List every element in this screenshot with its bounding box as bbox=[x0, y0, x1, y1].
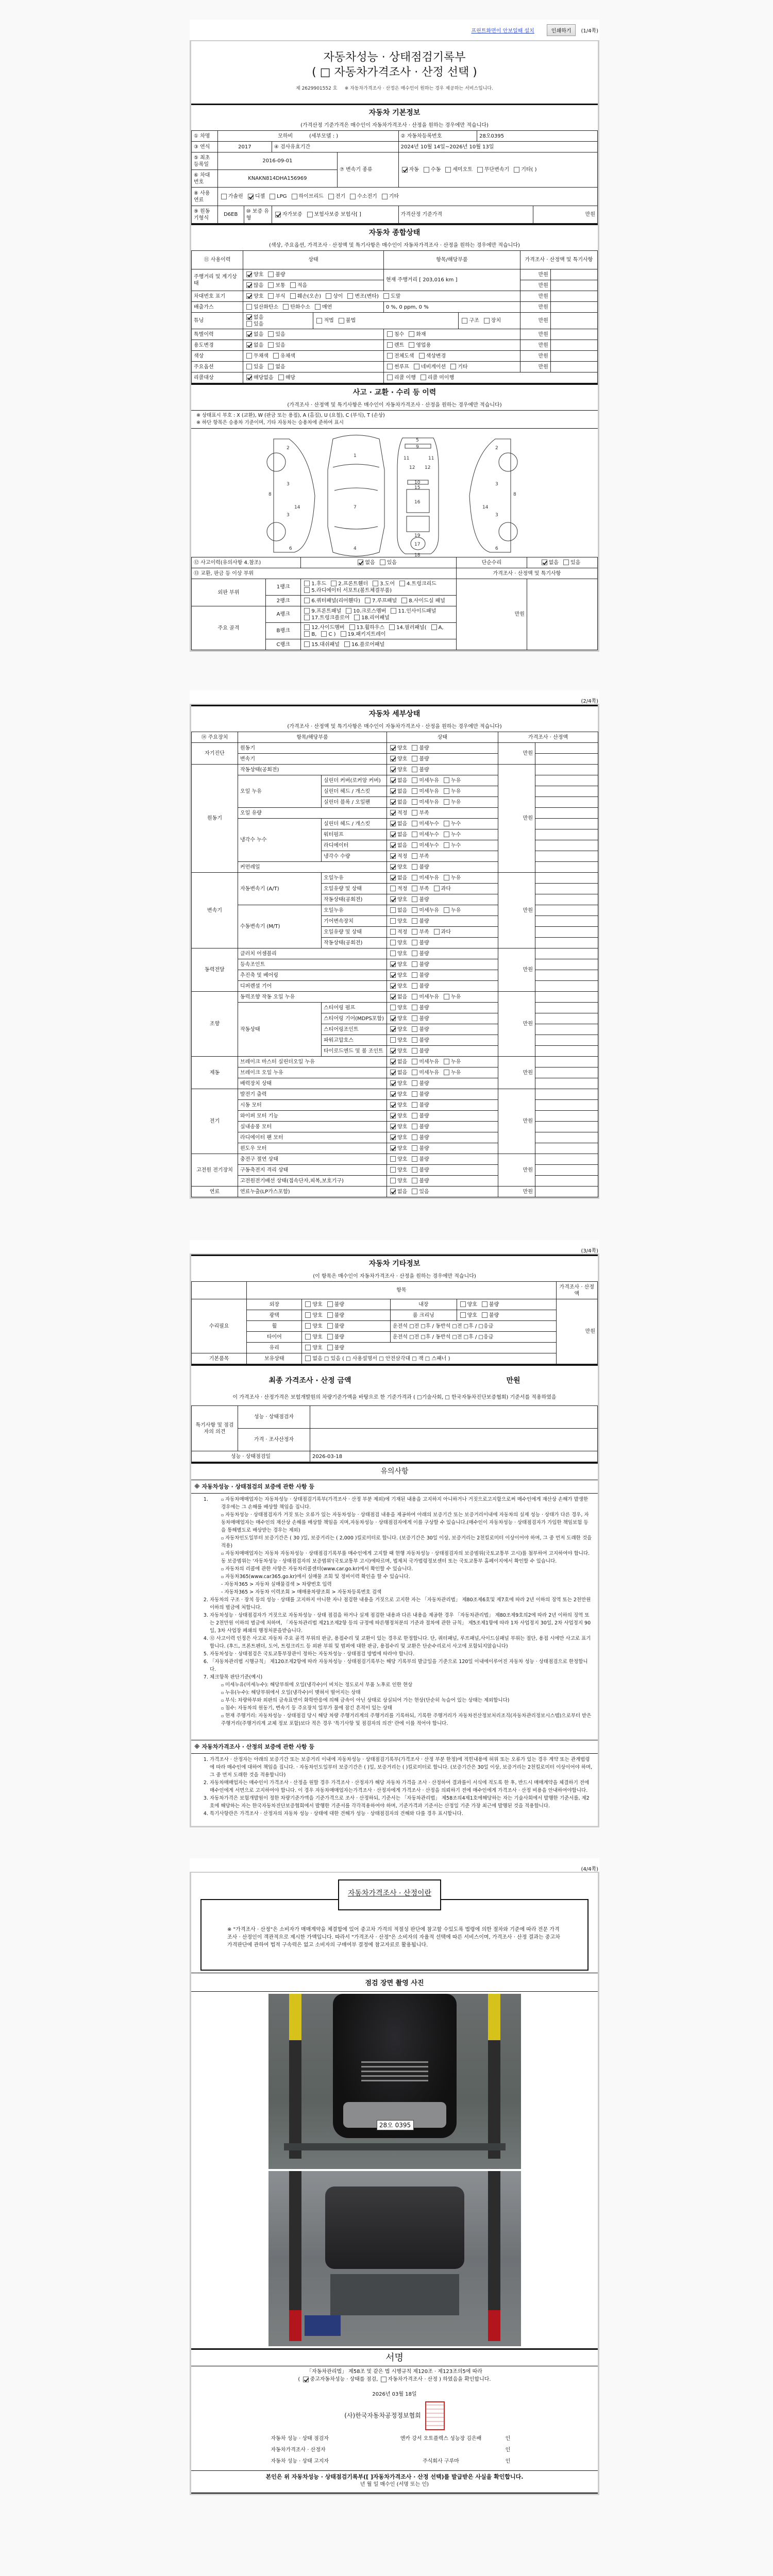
checkbox[interactable] bbox=[305, 1345, 311, 1350]
checkbox[interactable] bbox=[542, 560, 547, 565]
checkbox[interactable] bbox=[387, 364, 393, 369]
checkbox[interactable] bbox=[431, 624, 437, 630]
option-2[interactable]: 미세누유 bbox=[411, 778, 439, 784]
checkbox[interactable] bbox=[327, 1301, 333, 1307]
checkbox[interactable] bbox=[484, 318, 490, 324]
checkbox[interactable] bbox=[304, 631, 310, 637]
checkbox[interactable] bbox=[412, 961, 417, 967]
checkbox[interactable] bbox=[390, 1134, 396, 1140]
checkbox[interactable] bbox=[387, 375, 393, 380]
checkbox[interactable] bbox=[412, 1167, 417, 1173]
checkbox[interactable] bbox=[350, 194, 356, 199]
checkbox[interactable] bbox=[482, 1312, 488, 1318]
checkbox[interactable] bbox=[327, 1334, 333, 1340]
option-2[interactable]: 10.크로스멤버 bbox=[345, 608, 386, 614]
option-2[interactable]: 불량 bbox=[411, 1016, 429, 1022]
option-2[interactable]: 네비게이션 bbox=[413, 364, 446, 370]
checkbox[interactable] bbox=[390, 842, 396, 848]
checkbox[interactable] bbox=[290, 282, 296, 288]
option-3[interactable]: 누유 bbox=[443, 1070, 461, 1076]
checkbox[interactable] bbox=[304, 608, 310, 614]
option-2[interactable]: 16.플로어패널 bbox=[343, 642, 384, 648]
option-1[interactable]: 양호 bbox=[304, 1324, 322, 1329]
checkbox[interactable] bbox=[444, 1070, 449, 1075]
checkbox[interactable] bbox=[462, 318, 467, 324]
checkbox[interactable] bbox=[412, 1113, 417, 1118]
option-1[interactable]: 많음 bbox=[245, 283, 263, 289]
option-1[interactable]: 있음 bbox=[245, 364, 263, 370]
checkbox[interactable] bbox=[327, 1312, 333, 1318]
option-2[interactable]: 불량 bbox=[411, 1005, 429, 1011]
option-1[interactable]: 없음 bbox=[389, 843, 407, 849]
checkbox[interactable] bbox=[339, 318, 344, 324]
checkbox[interactable] bbox=[365, 598, 371, 603]
checkbox[interactable] bbox=[316, 318, 322, 324]
option-1[interactable]: 적정 bbox=[389, 810, 407, 816]
option-1[interactable]: 적정 bbox=[389, 929, 407, 935]
option-2[interactable]: 있음 bbox=[411, 1189, 429, 1195]
checkbox[interactable] bbox=[390, 810, 396, 816]
option-2[interactable]: 불량 bbox=[411, 1048, 429, 1054]
checkbox[interactable] bbox=[412, 1015, 417, 1021]
checkbox[interactable] bbox=[346, 608, 351, 614]
checkbox[interactable] bbox=[305, 1301, 311, 1307]
checkbox[interactable] bbox=[412, 842, 417, 848]
option-3[interactable]: 누유 bbox=[443, 1059, 461, 1065]
option-1[interactable]: 양호 bbox=[389, 865, 407, 870]
option-2[interactable]: 색상변경 bbox=[418, 353, 446, 359]
option-4[interactable]: 상이 bbox=[325, 294, 343, 299]
option-2[interactable]: 불량 bbox=[481, 1313, 499, 1318]
option-2[interactable]: 부식 bbox=[267, 294, 285, 299]
checkbox[interactable] bbox=[390, 1048, 396, 1054]
checkbox[interactable] bbox=[390, 821, 396, 826]
checkbox[interactable] bbox=[246, 314, 252, 320]
checkbox[interactable] bbox=[412, 1080, 417, 1086]
option-1[interactable]: 자동 bbox=[401, 167, 419, 173]
option-2[interactable]: 영업용 bbox=[408, 343, 431, 348]
option-2[interactable]: 불량 bbox=[326, 1313, 344, 1318]
option-5[interactable]: 변조(변타) bbox=[346, 294, 378, 299]
checkbox[interactable] bbox=[358, 560, 363, 565]
checkbox[interactable] bbox=[304, 641, 310, 647]
checkbox[interactable] bbox=[292, 194, 297, 199]
option-2[interactable]: 불량 bbox=[326, 1324, 344, 1329]
checkbox[interactable] bbox=[412, 1070, 417, 1075]
checkbox[interactable] bbox=[382, 194, 388, 199]
checkbox[interactable] bbox=[390, 886, 396, 891]
checkbox[interactable] bbox=[412, 767, 417, 772]
checkbox[interactable] bbox=[421, 375, 426, 380]
option-1[interactable]: 양호 bbox=[304, 1334, 322, 1340]
checkbox[interactable] bbox=[401, 598, 407, 603]
option-2[interactable]: 7.루프패널 bbox=[364, 598, 397, 604]
checkbox[interactable] bbox=[412, 853, 417, 859]
checkbox[interactable] bbox=[390, 1124, 396, 1129]
checkbox[interactable] bbox=[412, 810, 417, 816]
option-2[interactable]: 미세누유 bbox=[411, 1059, 439, 1065]
checkbox[interactable] bbox=[390, 1189, 396, 1194]
checkbox[interactable] bbox=[434, 929, 440, 935]
option-1[interactable]: 침수 bbox=[386, 332, 404, 337]
option-2[interactable]: 불량 bbox=[411, 1103, 429, 1108]
checkbox[interactable] bbox=[412, 799, 417, 805]
appraisal-check[interactable] bbox=[381, 2377, 386, 2382]
checkbox[interactable] bbox=[412, 821, 417, 826]
checkbox[interactable] bbox=[305, 1312, 311, 1318]
checkbox[interactable] bbox=[390, 1091, 396, 1097]
checkbox[interactable] bbox=[321, 631, 327, 637]
checkbox[interactable] bbox=[246, 321, 252, 327]
option-2[interactable]: 미세누유 bbox=[411, 800, 439, 805]
checkbox[interactable] bbox=[387, 331, 393, 337]
option-1[interactable]: 양호 bbox=[389, 973, 407, 978]
option-1[interactable]: 양호 bbox=[459, 1302, 477, 1308]
option-2[interactable]: 불량 bbox=[411, 1124, 429, 1130]
option-3[interactable]: 8.사이드실 패널 bbox=[400, 598, 445, 604]
option-3[interactable]: 기타 bbox=[449, 364, 467, 370]
checkbox[interactable] bbox=[412, 832, 417, 837]
option-1[interactable]: 양호 bbox=[459, 1313, 477, 1318]
checkbox[interactable] bbox=[444, 875, 449, 880]
option-2[interactable]: 불량 bbox=[411, 897, 429, 903]
install-link[interactable]: 프린트화면이 안보일때 설치 bbox=[472, 26, 534, 34]
option-2[interactable]: 불량 bbox=[411, 767, 429, 773]
option-1[interactable]: 없음 bbox=[389, 994, 407, 1000]
option-1[interactable]: 양호 bbox=[389, 1081, 407, 1087]
checkbox[interactable] bbox=[444, 907, 449, 913]
option-1[interactable]: 없음 bbox=[541, 560, 559, 566]
checkbox[interactable] bbox=[563, 560, 569, 565]
checkbox[interactable] bbox=[412, 1145, 417, 1151]
option-1[interactable]: 양호 bbox=[389, 767, 407, 773]
option-1[interactable]: 없음 bbox=[389, 789, 407, 794]
option-3[interactable]: 훼손(오손) bbox=[289, 294, 321, 299]
checkbox[interactable] bbox=[424, 167, 429, 173]
checkbox[interactable] bbox=[390, 1037, 396, 1043]
option-5[interactable]: 전기 bbox=[327, 194, 345, 199]
checkbox[interactable] bbox=[327, 1345, 333, 1350]
checkbox[interactable] bbox=[246, 282, 252, 288]
option-1[interactable]: 양호 bbox=[389, 1124, 407, 1130]
option-2[interactable]: 미세누유 bbox=[411, 789, 439, 794]
checkbox[interactable] bbox=[412, 875, 417, 880]
option-3[interactable]: 누유 bbox=[443, 800, 461, 805]
option-1[interactable]: 일산화탄소 bbox=[245, 304, 278, 310]
option-1[interactable]: 없음 bbox=[389, 1070, 407, 1076]
option-2[interactable]: 불량 bbox=[411, 984, 429, 989]
checkbox[interactable] bbox=[444, 821, 449, 826]
checkbox[interactable] bbox=[268, 293, 274, 299]
option-1[interactable]: 9.프론트패널 bbox=[303, 608, 341, 614]
option-2[interactable]: 불량 bbox=[411, 865, 429, 870]
option-2[interactable]: 미세누유 bbox=[411, 908, 439, 913]
checkbox[interactable] bbox=[412, 907, 417, 913]
option-2[interactable]: 불량 bbox=[411, 1113, 429, 1119]
option-1[interactable]: 가솔린 bbox=[220, 194, 243, 199]
option-1[interactable]: 양호 bbox=[389, 1103, 407, 1108]
checkbox[interactable] bbox=[304, 598, 310, 603]
checkbox[interactable] bbox=[246, 342, 252, 348]
checkbox[interactable] bbox=[412, 929, 417, 935]
option-2[interactable]: 불량 bbox=[411, 1081, 429, 1087]
option-2[interactable]: 불량 bbox=[481, 1302, 499, 1308]
checkbox[interactable] bbox=[390, 1080, 396, 1086]
option-1[interactable]: 양호 bbox=[389, 745, 407, 751]
option-3[interactable]: 누유 bbox=[443, 789, 461, 794]
option-1[interactable]: 양호 bbox=[389, 984, 407, 989]
option-1[interactable]: 양호 bbox=[245, 294, 263, 299]
option-1[interactable]: 양호 bbox=[304, 1345, 322, 1351]
checkbox[interactable] bbox=[268, 282, 274, 288]
checkbox[interactable] bbox=[391, 608, 396, 614]
option-3[interactable]: 누수 bbox=[443, 821, 461, 827]
checkbox[interactable] bbox=[248, 194, 254, 199]
checkbox[interactable] bbox=[273, 353, 279, 359]
option-2[interactable]: 보통 bbox=[267, 283, 285, 289]
option-2[interactable]: 불량 bbox=[411, 951, 429, 957]
checkbox[interactable] bbox=[268, 364, 274, 369]
checkbox[interactable] bbox=[390, 1026, 396, 1032]
checkbox[interactable] bbox=[460, 1312, 466, 1318]
checkbox[interactable] bbox=[246, 364, 252, 369]
option-1[interactable]: 없음 bbox=[389, 832, 407, 838]
option-2[interactable]: 있음 bbox=[267, 332, 285, 337]
option-2[interactable]: 불량 bbox=[326, 1334, 344, 1340]
checkbox[interactable] bbox=[275, 212, 281, 217]
checkbox[interactable] bbox=[390, 961, 396, 967]
checkbox[interactable] bbox=[412, 1048, 417, 1054]
option-2[interactable]: 부족 bbox=[411, 886, 429, 892]
option-7[interactable]: 19.패키지트레이 bbox=[340, 632, 386, 637]
checkbox[interactable] bbox=[412, 1005, 417, 1010]
option-1[interactable]: 적법 bbox=[315, 318, 333, 324]
checkbox[interactable] bbox=[344, 641, 350, 647]
option-2[interactable]: 장치 bbox=[483, 318, 501, 324]
option-1[interactable]: 없음 bbox=[357, 560, 375, 566]
checkbox[interactable] bbox=[477, 167, 483, 173]
checkbox[interactable] bbox=[412, 1026, 417, 1032]
checkbox[interactable] bbox=[390, 745, 396, 751]
option-4[interactable]: 4.트렁크리드 bbox=[398, 581, 436, 587]
option-2[interactable]: 불량 bbox=[411, 940, 429, 946]
option-5[interactable]: 18.리어패널 bbox=[353, 615, 390, 621]
option-1[interactable]: 무채색 bbox=[245, 353, 268, 359]
checkbox[interactable] bbox=[412, 745, 417, 751]
option-4[interactable]: 무단변속기 bbox=[476, 167, 509, 173]
option-1[interactable]: 양호 bbox=[389, 756, 407, 762]
checkbox[interactable] bbox=[444, 777, 449, 783]
option-1[interactable]: 리콜 이행 bbox=[386, 375, 416, 381]
option-1[interactable]: 양호 bbox=[304, 1302, 322, 1308]
option-3[interactable]: 누유 bbox=[443, 994, 461, 1000]
checkbox[interactable] bbox=[390, 1102, 396, 1108]
option-3[interactable]: 3.도어 bbox=[372, 581, 395, 587]
option-2[interactable]: 탄화수소 bbox=[282, 304, 310, 310]
option-2[interactable]: 있음 bbox=[267, 343, 285, 348]
checkbox[interactable] bbox=[373, 581, 378, 586]
checkbox[interactable] bbox=[402, 167, 408, 173]
option-7[interactable]: 기타 bbox=[381, 194, 399, 199]
option-2[interactable]: 불량 bbox=[411, 1135, 429, 1141]
option-1[interactable]: 자가보증 bbox=[274, 212, 303, 217]
option-2[interactable]: 불량 bbox=[326, 1345, 344, 1351]
option-1[interactable]: 양호 bbox=[304, 1313, 322, 1318]
option-1[interactable]: 6.쿼터패널(리어휀다) bbox=[303, 598, 360, 604]
checkbox[interactable] bbox=[349, 624, 355, 630]
option-5[interactable]: 기타( ) bbox=[513, 167, 536, 173]
option-5[interactable]: B, bbox=[303, 632, 316, 637]
option-3[interactable]: 11.인사이드패널 bbox=[390, 608, 436, 614]
option-3[interactable]: LPG bbox=[268, 194, 287, 199]
option-1[interactable]: 15.대쉬패널 bbox=[303, 642, 340, 648]
option-1[interactable]: 적정 bbox=[389, 854, 407, 859]
checkbox[interactable] bbox=[390, 1178, 396, 1183]
option-2[interactable]: 불량 bbox=[411, 1157, 429, 1162]
checkbox[interactable] bbox=[390, 788, 396, 794]
option-1[interactable]: 양호 bbox=[389, 1092, 407, 1097]
option-2[interactable]: 수동 bbox=[423, 167, 441, 173]
option-1[interactable]: 없음 bbox=[389, 1059, 407, 1065]
option-1[interactable]: 없음 bbox=[389, 908, 407, 913]
option-4[interactable]: 17.트렁크플로어 bbox=[303, 615, 349, 621]
checkbox[interactable] bbox=[390, 875, 396, 880]
option-6[interactable]: 도말 bbox=[382, 294, 400, 299]
checkbox[interactable] bbox=[307, 212, 313, 217]
option-2[interactable]: 미세누수 bbox=[411, 821, 439, 827]
option-1[interactable]: 적정 bbox=[389, 886, 407, 892]
checkbox[interactable] bbox=[460, 1301, 466, 1307]
checkbox[interactable] bbox=[390, 756, 396, 761]
checkbox[interactable] bbox=[412, 1091, 417, 1097]
checkbox[interactable] bbox=[434, 886, 440, 891]
option-1[interactable]: 해당없음 bbox=[245, 375, 274, 381]
option-2[interactable]: 불량 bbox=[411, 756, 429, 762]
checkbox[interactable] bbox=[412, 1178, 417, 1183]
checkbox[interactable] bbox=[444, 788, 449, 794]
checkbox[interactable] bbox=[444, 799, 449, 805]
checkbox[interactable] bbox=[390, 972, 396, 978]
option-1[interactable]: 없음 bbox=[389, 1189, 407, 1195]
option-3[interactable]: 누유 bbox=[443, 875, 461, 881]
option-1[interactable]: 전체도색 bbox=[386, 353, 414, 359]
checkbox[interactable] bbox=[304, 581, 310, 586]
option-2[interactable]: 불량 bbox=[411, 745, 429, 751]
checkbox[interactable] bbox=[246, 304, 252, 310]
checkbox[interactable] bbox=[304, 624, 310, 630]
option-2[interactable]: 해당 bbox=[277, 375, 295, 381]
checkbox[interactable] bbox=[304, 587, 310, 593]
option-1[interactable]: 양호 bbox=[389, 1027, 407, 1032]
option-2[interactable]: 부족 bbox=[411, 810, 429, 816]
checkbox[interactable] bbox=[390, 1015, 396, 1021]
checkbox[interactable] bbox=[412, 1189, 417, 1194]
option-2[interactable]: 있음 bbox=[245, 321, 263, 327]
checkbox[interactable] bbox=[409, 331, 414, 337]
checkbox[interactable] bbox=[246, 331, 252, 337]
option-1[interactable]: 없음 bbox=[389, 821, 407, 827]
option-1[interactable]: 양호 bbox=[389, 897, 407, 903]
option-2[interactable]: 부족 bbox=[411, 929, 429, 935]
option-2[interactable]: 불량 bbox=[411, 1027, 429, 1032]
option-3[interactable]: 누수 bbox=[443, 832, 461, 838]
option-2[interactable]: 화재 bbox=[408, 332, 426, 337]
checkbox[interactable] bbox=[341, 631, 346, 637]
option-1[interactable]: 구조 bbox=[461, 318, 479, 324]
option-1[interactable]: 1.후드 bbox=[303, 581, 326, 587]
option-1[interactable]: 양호 bbox=[245, 272, 263, 278]
checkbox[interactable] bbox=[389, 624, 395, 630]
checkbox[interactable] bbox=[419, 353, 425, 359]
checkbox[interactable] bbox=[444, 842, 449, 848]
checkbox[interactable] bbox=[444, 832, 449, 837]
option-2[interactable]: 미세누유 bbox=[411, 875, 439, 881]
checkbox[interactable] bbox=[283, 304, 289, 310]
option-3[interactable]: 누유 bbox=[443, 778, 461, 784]
checkbox[interactable] bbox=[326, 293, 331, 299]
option-1[interactable]: 양호 bbox=[389, 940, 407, 946]
checkbox[interactable] bbox=[305, 1334, 311, 1340]
checkbox[interactable] bbox=[246, 293, 252, 299]
option-1[interactable]: 썬루프 bbox=[386, 364, 409, 370]
checkbox[interactable] bbox=[270, 194, 275, 199]
checkbox[interactable] bbox=[390, 853, 396, 859]
checkbox[interactable] bbox=[412, 918, 417, 924]
checkbox[interactable] bbox=[328, 194, 334, 199]
option-5[interactable]: 5.라디에이터 서포트(볼트체결부품) bbox=[303, 588, 392, 594]
option-2[interactable]: 미세누유 bbox=[411, 994, 439, 1000]
option-2[interactable]: 미세누수 bbox=[411, 843, 439, 849]
checkbox[interactable] bbox=[390, 777, 396, 783]
option-2[interactable]: 디젤 bbox=[247, 194, 265, 199]
checkbox[interactable] bbox=[412, 940, 417, 945]
option-1[interactable]: 양호 bbox=[389, 962, 407, 968]
checkbox[interactable] bbox=[412, 896, 417, 902]
option-2[interactable]: 미세누유 bbox=[411, 1070, 439, 1076]
option-1[interactable]: 양호 bbox=[389, 1048, 407, 1054]
checkbox[interactable] bbox=[412, 1059, 417, 1064]
checkbox[interactable] bbox=[390, 767, 396, 772]
option-2[interactable]: 불량 bbox=[411, 1167, 429, 1173]
option-1[interactable]: 양호 bbox=[389, 1038, 407, 1043]
option-3[interactable]: 세미오토 bbox=[444, 167, 473, 173]
option-2[interactable]: 부족 bbox=[411, 854, 429, 859]
checkbox[interactable] bbox=[450, 364, 456, 369]
checkbox[interactable] bbox=[246, 353, 252, 359]
option-3[interactable]: 누유 bbox=[443, 908, 461, 913]
checkbox[interactable] bbox=[390, 907, 396, 913]
checkbox[interactable] bbox=[412, 1102, 417, 1108]
option-1[interactable]: 양호 bbox=[389, 1167, 407, 1173]
option-1[interactable]: 양호 bbox=[389, 1005, 407, 1011]
checkbox[interactable] bbox=[390, 1156, 396, 1162]
option-2[interactable]: 유채색 bbox=[272, 353, 295, 359]
checkbox[interactable] bbox=[347, 293, 353, 299]
option-2[interactable]: 리콜 미이행 bbox=[419, 375, 454, 381]
option-3[interactable]: 14.필러패널( bbox=[388, 625, 426, 631]
option-2[interactable]: 불량 bbox=[411, 919, 429, 924]
checkbox[interactable] bbox=[412, 886, 417, 891]
checkbox[interactable] bbox=[390, 799, 396, 805]
option-2[interactable]: 2.프론트휀더 bbox=[330, 581, 368, 587]
checkbox[interactable] bbox=[412, 788, 417, 794]
checkbox[interactable] bbox=[412, 994, 417, 999]
checkbox[interactable] bbox=[444, 994, 449, 999]
checkbox[interactable] bbox=[445, 167, 451, 173]
option-1[interactable]: 양호 bbox=[389, 951, 407, 957]
checkbox[interactable] bbox=[399, 581, 405, 586]
option-1[interactable]: 없음 bbox=[245, 315, 263, 320]
